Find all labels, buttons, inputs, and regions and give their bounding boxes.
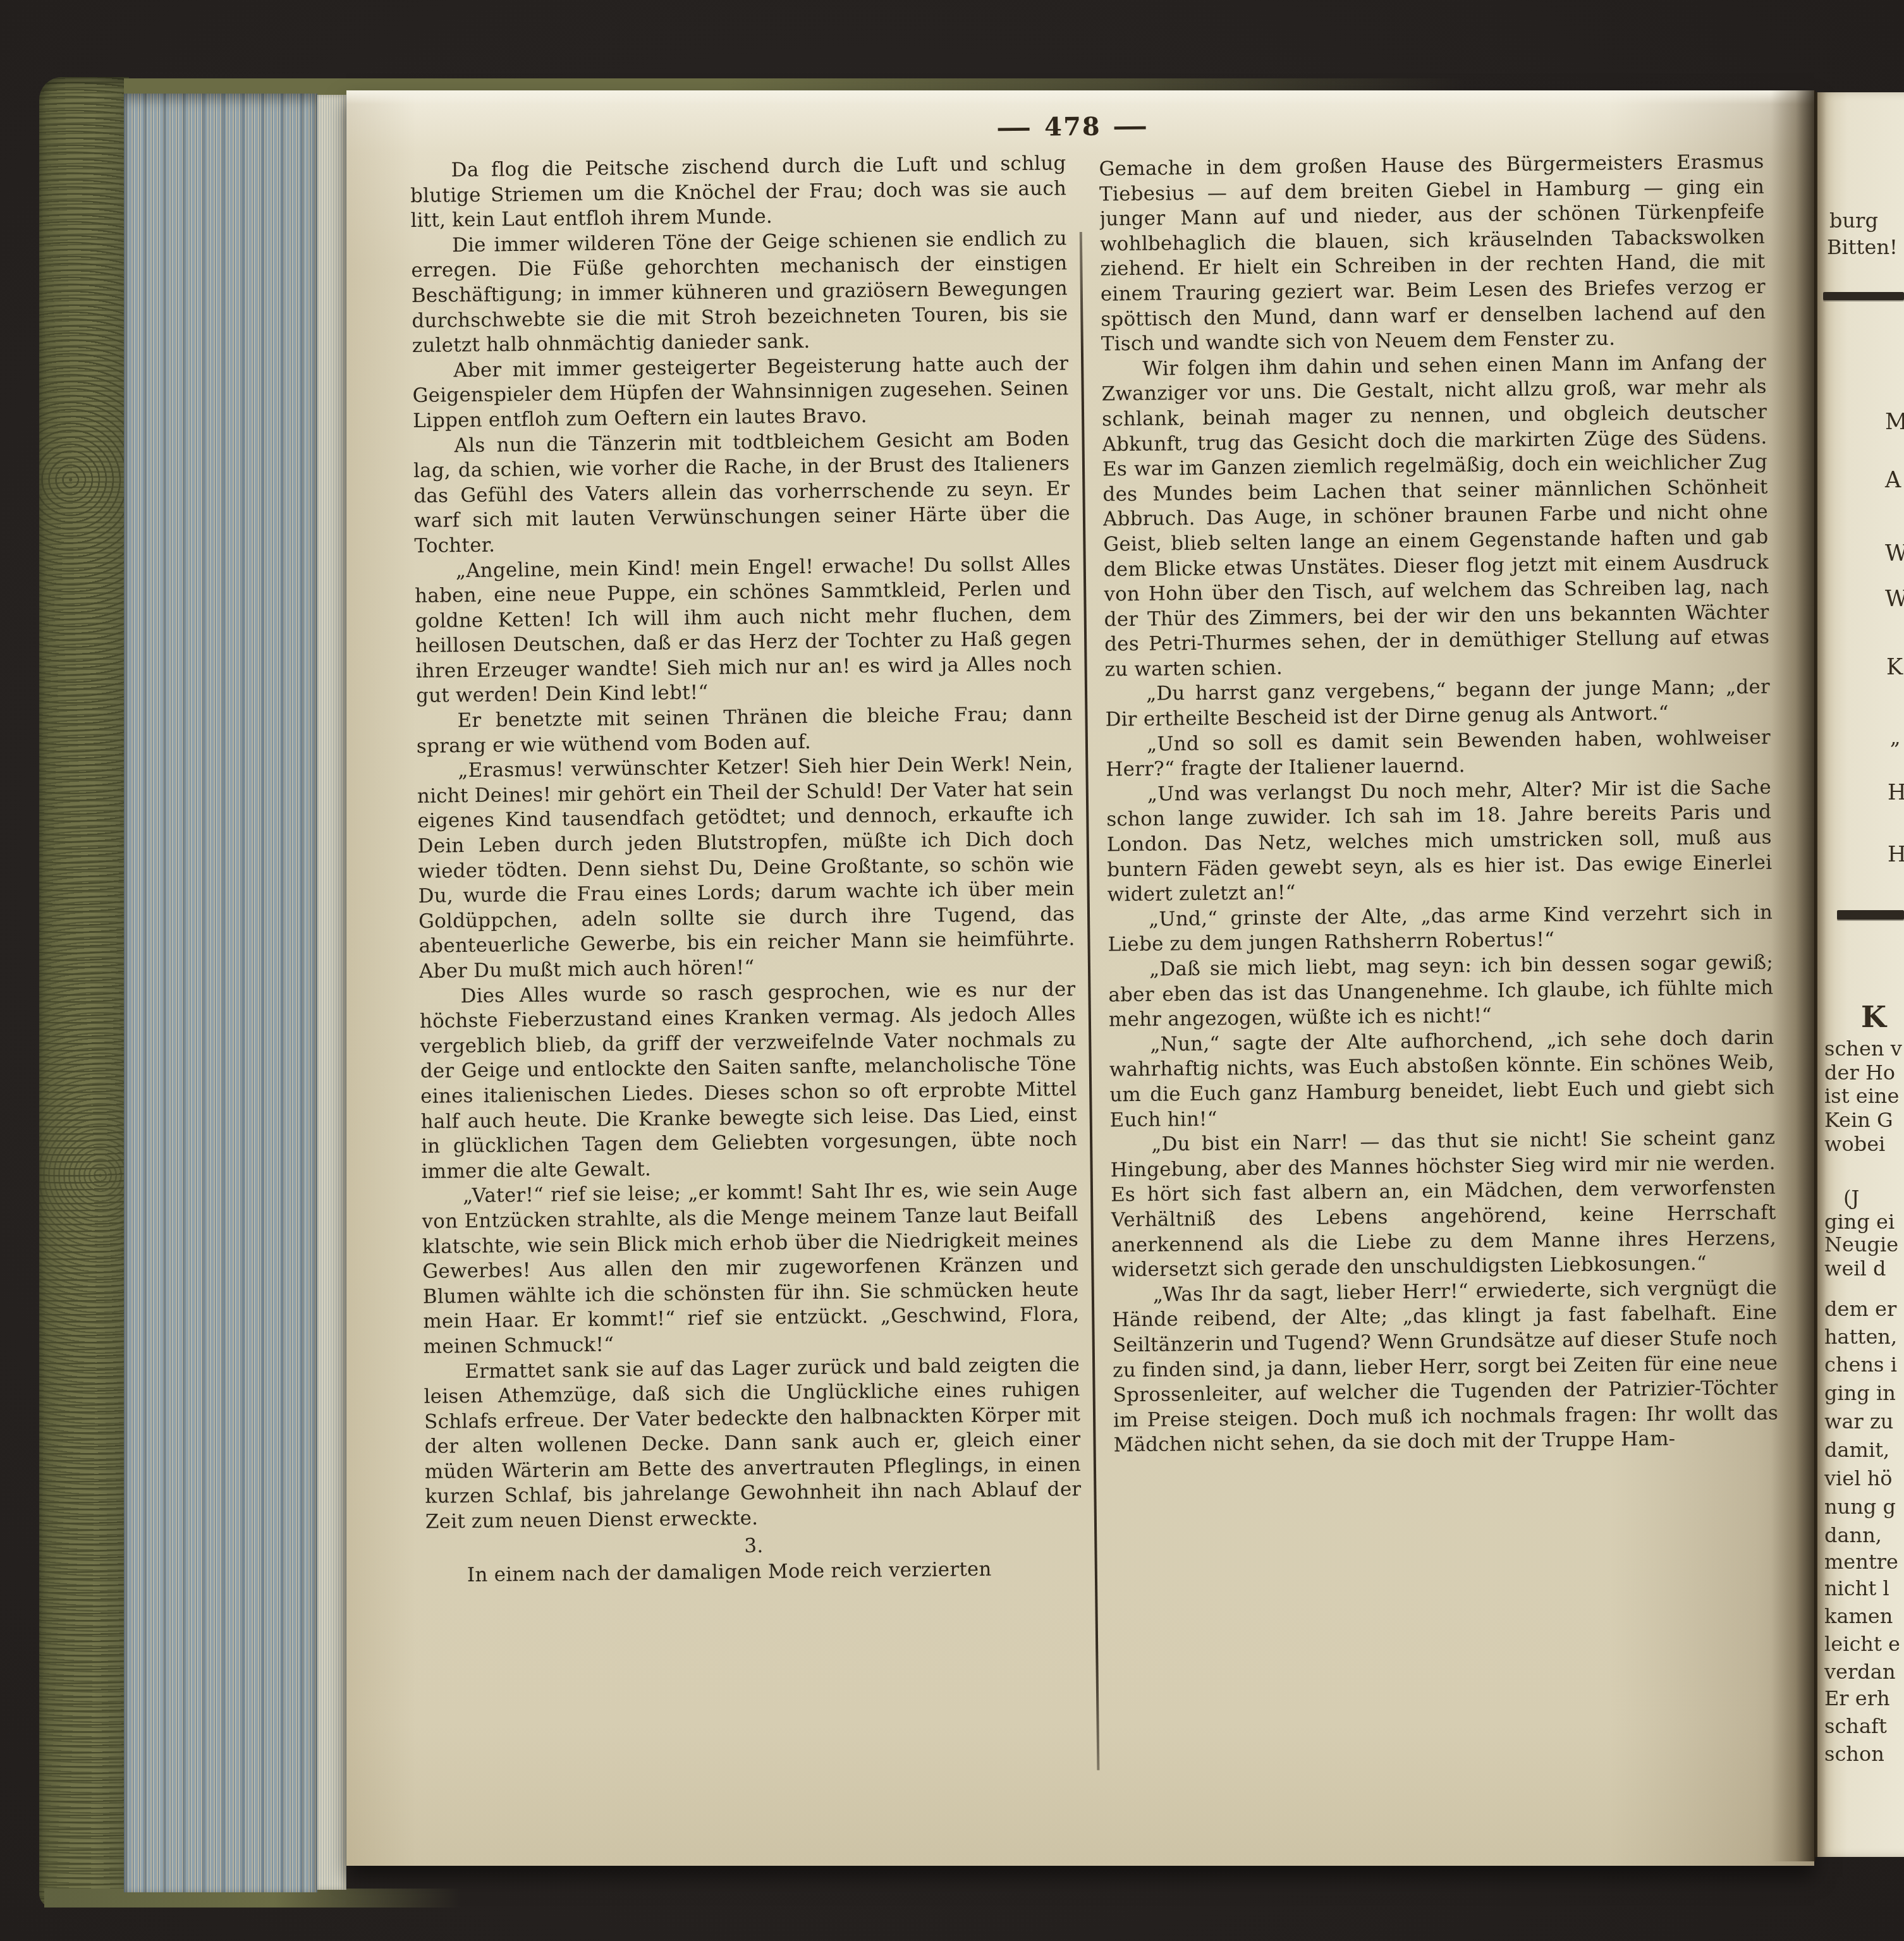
gutter-shadow — [1771, 90, 1816, 1861]
paragraph: Aber mit immer gesteigerter Begeisterung… — [412, 351, 1069, 434]
paragraph: Gemache in dem großen Hause des Bürgerme… — [1099, 150, 1766, 358]
page-content: —478— Da flog die Peitsche zischend durc… — [338, 82, 1826, 1874]
paragraph: „Nun,“ sagte der Alte aufhorchend, „ich … — [1109, 1025, 1775, 1133]
paragraph: Ermattet sank sie auf das Lager zurück u… — [424, 1353, 1082, 1535]
main-page: —478— Da flog die Peitsche zischend durc… — [346, 90, 1814, 1866]
paragraph: Dies Alles wurde so rasch gesprochen, wi… — [419, 977, 1078, 1185]
paragraph: Die immer wilderen Töne der Geige schien… — [411, 226, 1068, 359]
page-header: —478— — [339, 104, 1807, 150]
paragraph: „Du bist ein Narr! — das thut sie nicht!… — [1110, 1126, 1777, 1283]
paragraph: „Angeline, mein Kind! mein Engel! erwach… — [415, 552, 1073, 709]
paragraph: Da flog die Peitsche zischend durch die … — [410, 151, 1066, 234]
page-number: 478 — [1044, 112, 1101, 142]
column-divider-rule — [1080, 232, 1100, 1770]
page-edge-stack — [124, 94, 317, 1892]
paragraph: „Vater!“ rief sie leise; „er kommt! Saht… — [422, 1177, 1080, 1360]
header-dash-left: — — [996, 113, 1033, 143]
paragraph: Wir folgen ihm dahin und sehen einen Man… — [1101, 350, 1770, 683]
paragraph: „Erasmus! verwünschter Ketzer! Sieh hier… — [417, 751, 1075, 984]
paragraph: „Was Ihr da sagt, lieber Herr!“ erwieder… — [1112, 1275, 1779, 1458]
book-cover-edge-left — [39, 77, 129, 1908]
paragraph: Er benetzte mit seinen Thränen die bleic… — [416, 702, 1073, 759]
right-text-column: Gemache in dem großen Hause des Bürgerme… — [1099, 150, 1783, 1826]
paragraph: „Und,“ grinste der Alte, „das arme Kind … — [1108, 900, 1773, 958]
left-text-column: Da flog die Peitsche zischend durch die … — [410, 151, 1085, 1815]
header-dash-right: — — [1112, 111, 1149, 142]
book-photo-canvas: { "page": { "header_dash_left": "—", "nu… — [0, 0, 1904, 1941]
adjacent-page-sliver — [1816, 92, 1904, 1857]
paragraph: „Daß sie mich liebt, mag seyn: ich bin d… — [1108, 951, 1774, 1033]
paragraph: „Und so soll es damit sein Bewenden habe… — [1106, 725, 1771, 782]
paragraph: „Und was verlangst Du noch mehr, Alter? … — [1106, 775, 1773, 908]
paragraph: Als nun die Tänzerin mit todtbleichem Ge… — [413, 427, 1070, 559]
paragraph: „Du harrst ganz vergebens,“ begann der j… — [1105, 675, 1771, 733]
